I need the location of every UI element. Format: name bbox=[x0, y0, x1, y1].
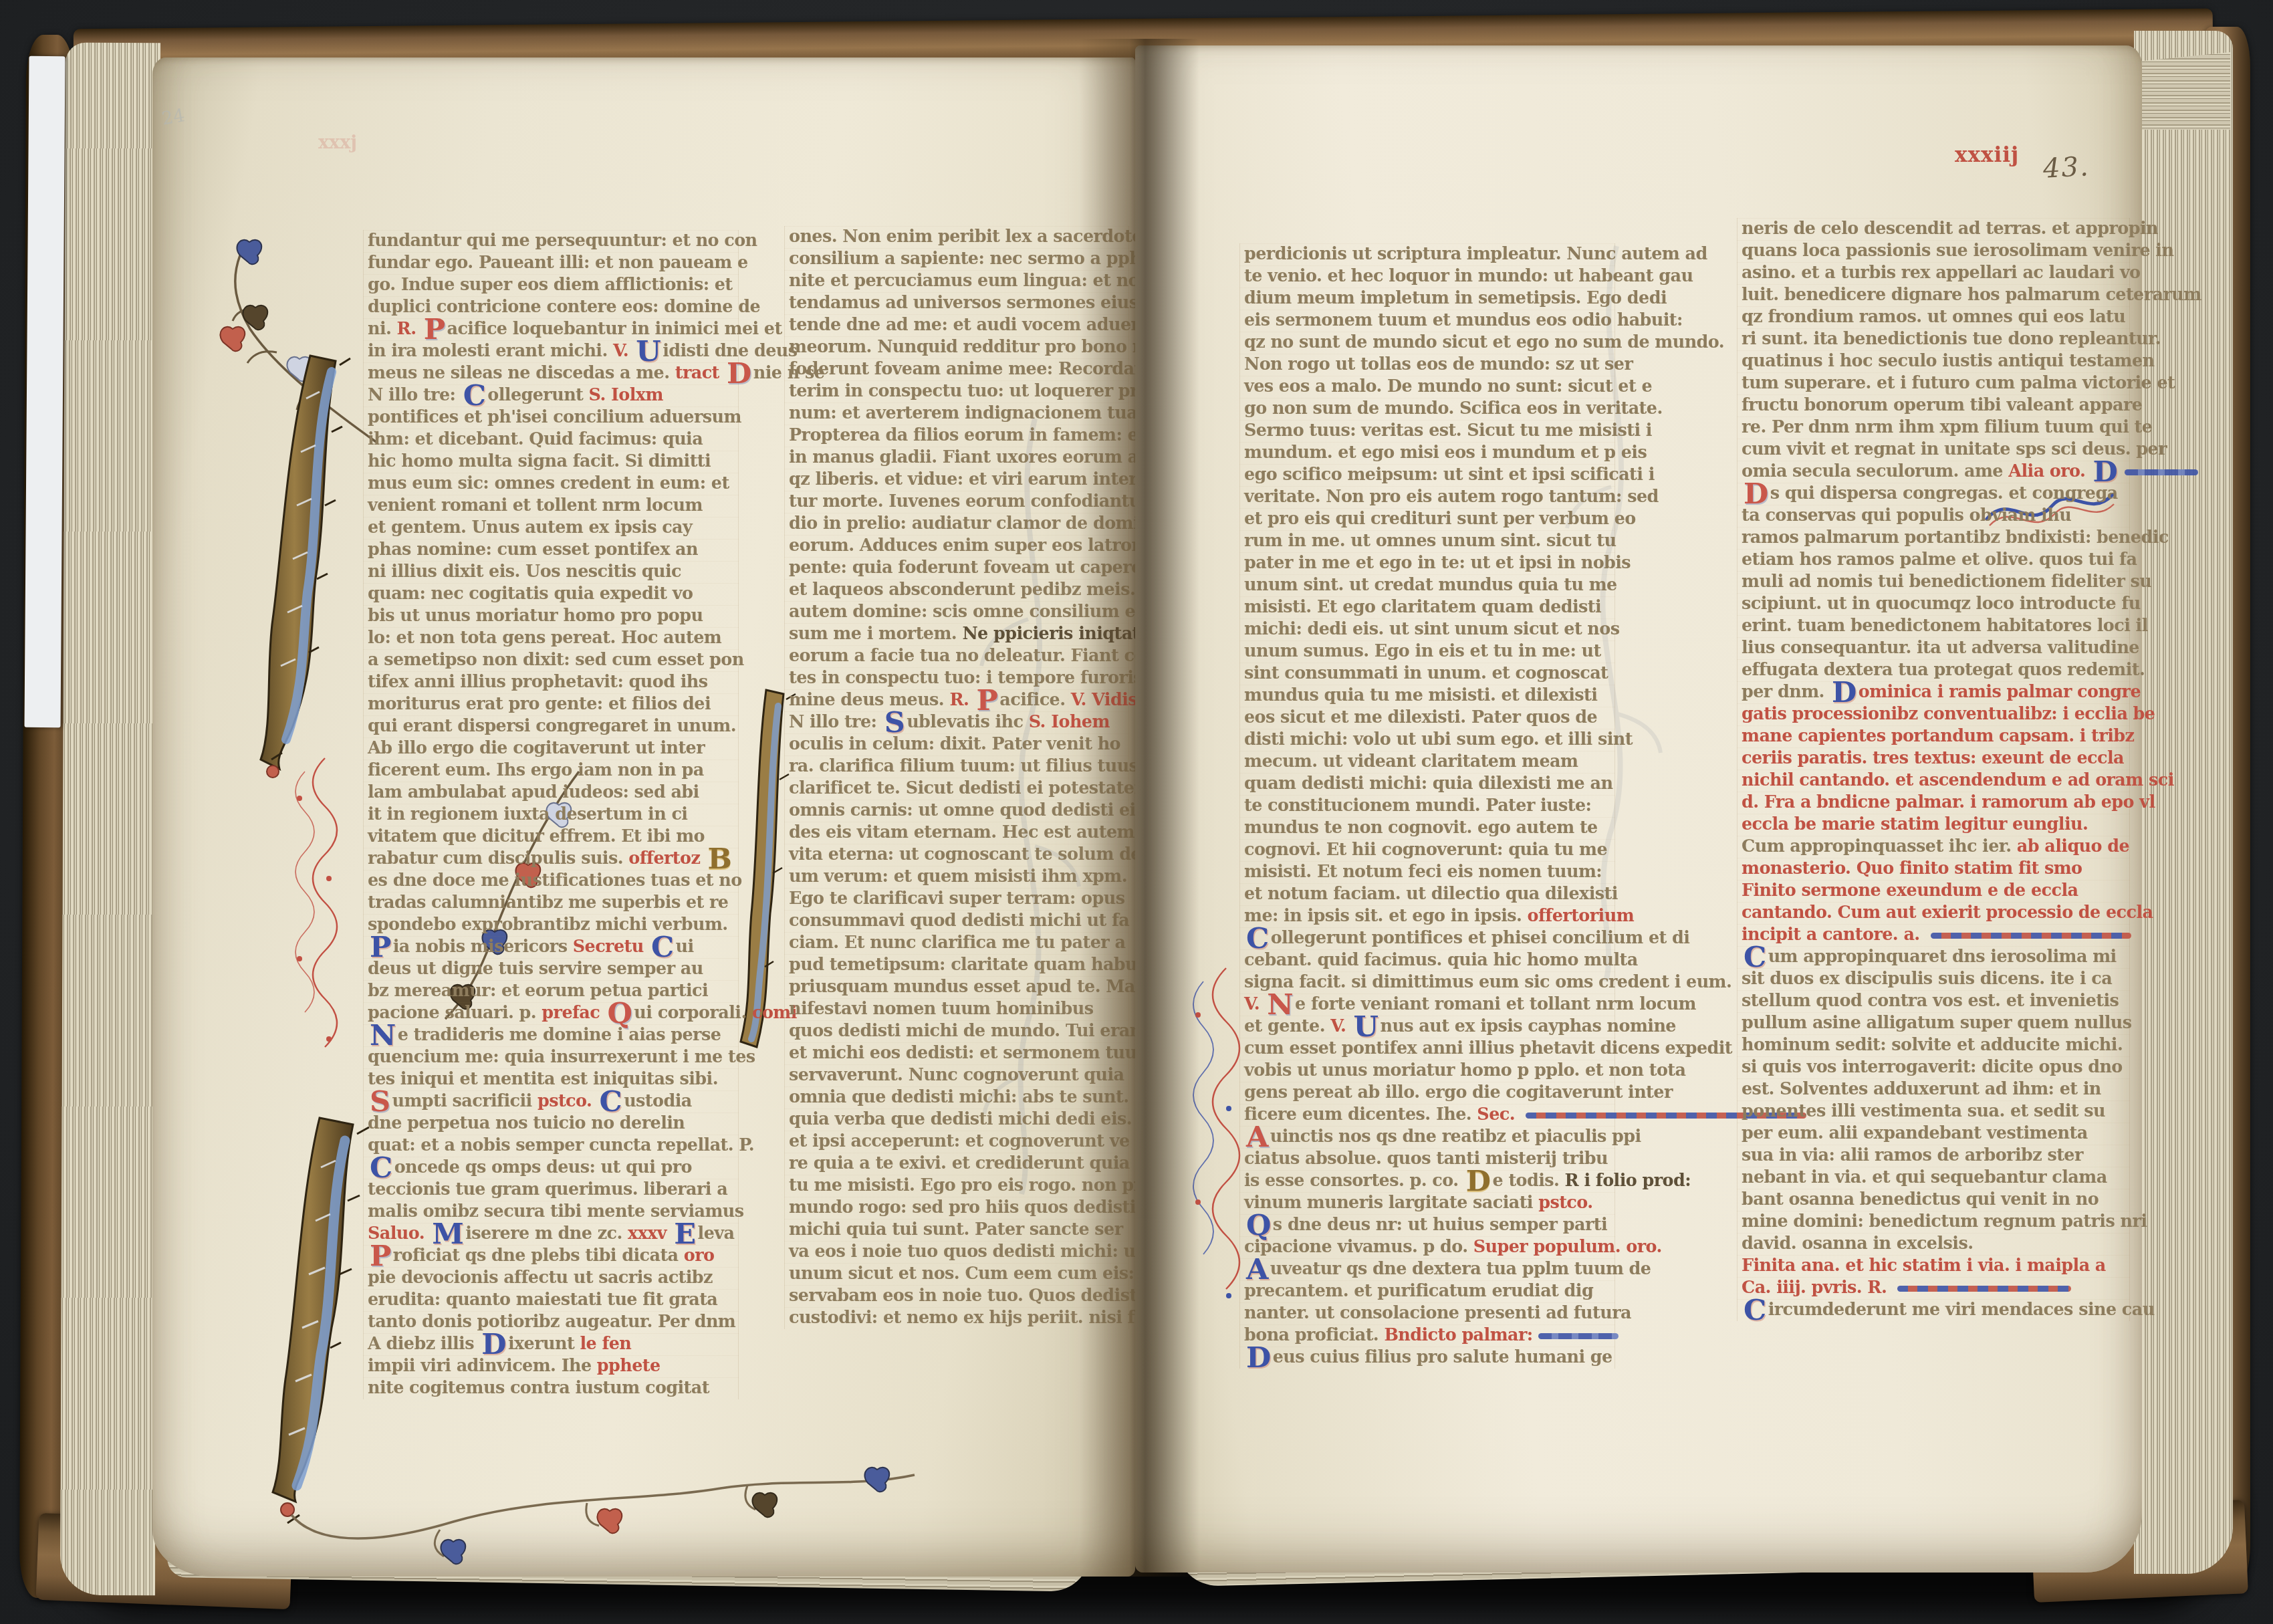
pencil-foliation: 24 bbox=[160, 105, 187, 129]
text-line: terim in conspectu tuo: ut loquerer pro … bbox=[789, 380, 1124, 402]
text-line: qz liberis. et vidue: et viri earum inte… bbox=[789, 469, 1124, 491]
text-line: pie devocionis affectu ut sacris actibz bbox=[368, 1267, 734, 1289]
text-line: consilium a sapiente: nec sermo a ppha. … bbox=[789, 248, 1124, 270]
text-line: in ira molesti erant michi. V. Uidisti d… bbox=[368, 340, 734, 362]
text-line: cum vivit et regnat in unitate sps sci d… bbox=[1742, 439, 2125, 461]
text-line: Sumpti sacrificii pstco. Custodia bbox=[368, 1090, 734, 1113]
text-line: Ego te clarificavi super terram: opus bbox=[789, 888, 1124, 910]
text-line: mus eum sic: omnes credent in eum: et bbox=[368, 473, 734, 495]
text-line: pud temetipsum: claritate quam habui bbox=[789, 954, 1124, 976]
text-line: cantando. Cum aut exierit processio de e… bbox=[1742, 902, 2125, 924]
text-line: priusquam mundus esset apud te. Ma bbox=[789, 976, 1124, 998]
text-line: omnis carnis: ut omne quod dedisti ei bbox=[789, 800, 1124, 822]
text-line: phas nomine: cum esset pontifex an bbox=[368, 539, 734, 561]
text-line: ciam. Et nunc clarifica me tu pater a bbox=[789, 932, 1124, 954]
text-line: Ab illo ergo die cogitaverunt ut inter bbox=[368, 737, 734, 760]
text-line: et laqueos absconderunt pedibz meis. Tu bbox=[789, 579, 1124, 601]
text-line: perdicionis ut scriptura impleatur. Nunc… bbox=[1244, 243, 1610, 265]
text-line: te venio. et hec loquor in mundo: ut hab… bbox=[1244, 265, 1610, 287]
text-line: meorum. Nunquid redditur pro bono malum.… bbox=[789, 336, 1124, 358]
page-stack-left bbox=[60, 43, 160, 1595]
text-line: quat: et a nobis semper cuncta repellat.… bbox=[368, 1135, 734, 1157]
text-line: es dne doce me iustificationes tuas et n… bbox=[368, 870, 734, 892]
text-line: cebant. quid facimus. quia hic homo mult… bbox=[1244, 949, 1610, 971]
text-line: ni. R. Pacifice loquebantur in inimici m… bbox=[368, 318, 734, 340]
text-line: Sermo tuus: veritas est. Sicut tu me mis… bbox=[1244, 420, 1610, 442]
text-line: qui erant dispersi congregaret in unum. bbox=[368, 715, 734, 737]
text-line: Finita ana. et hic statim i via. i maipl… bbox=[1742, 1255, 2125, 1277]
text-line: um verum: et quem misisti ihm xpm. bbox=[789, 866, 1124, 888]
text-line: hominum sedit: solvite et adducite michi… bbox=[1742, 1034, 2125, 1056]
text-line: nite et percuciamus eum lingua: et non a… bbox=[789, 270, 1124, 292]
text-column-left-b: ones. Non enim peribit lex a sacerdote: … bbox=[784, 226, 1129, 1329]
text-line: go. Indue super eos diem afflictionis: e… bbox=[368, 274, 734, 296]
text-line: moriturus erat pro gente: et filios dei bbox=[368, 693, 734, 715]
text-line: unum sumus. Ego in eis et tu in me: ut bbox=[1244, 641, 1610, 663]
text-line: quencium me: quia insurrexerunt i me tes bbox=[368, 1046, 734, 1068]
text-column-right-b: neris de celo descendit ad terras. et ap… bbox=[1737, 218, 2130, 1321]
text-line: disti michi: volo ut ubi sum ego. et ill… bbox=[1244, 729, 1610, 751]
text-line: gatis processionibz conventualibz: i ecc… bbox=[1742, 703, 2125, 725]
text-line: erudita: quanto maiestati tue fit grata bbox=[368, 1289, 734, 1311]
text-line: mine domini: benedictum regnum patris nr… bbox=[1742, 1211, 2125, 1233]
text-line: michi quia tui sunt. Pater sancte ser bbox=[789, 1219, 1124, 1241]
text-line: nanter. ut consolacione presenti ad futu… bbox=[1244, 1302, 1610, 1324]
text-line: Proficiat qs dne plebs tibi dicata oro bbox=[368, 1245, 734, 1267]
text-line: autem domine: scis omne consilium eor ad… bbox=[789, 601, 1124, 623]
text-line: ni illius dixit eis. Uos nescitis quic bbox=[368, 561, 734, 583]
text-line: neris de celo descendit ad terras. et ap… bbox=[1742, 218, 2125, 240]
text-line: precantem. et purificatum erudiat dig bbox=[1244, 1280, 1610, 1302]
text-line: Auveatur qs dne dextera tua pplm tuum de bbox=[1244, 1258, 1610, 1280]
text-line: stellum quod contra vos est. et inveniet… bbox=[1742, 990, 2125, 1012]
text-line: rabatur cum discipulis suis. offertoz B bbox=[368, 848, 734, 870]
text-line: Propterea da filios eorum in famem: et d… bbox=[789, 425, 1124, 447]
text-line: effugata dextera tua protegat quos redem… bbox=[1742, 659, 2125, 681]
text-line: venient romani et tollent nrm locum bbox=[368, 495, 734, 517]
text-line: d. Fra a bndicne palmar. i ramorum ab ep… bbox=[1742, 792, 2125, 814]
text-line: et michi eos dedisti: et sermonem tuum bbox=[789, 1042, 1124, 1064]
text-line: tanto donis potioribz augeatur. Per dnm bbox=[368, 1311, 734, 1333]
text-line: signa facit. si dimittimus eum sic oms c… bbox=[1244, 971, 1610, 994]
text-line: bona proficiat. Bndicto palmar: bbox=[1244, 1324, 1610, 1347]
penwork-cascade bbox=[265, 758, 358, 1079]
text-line: hic homo multa signa facit. Si dimitti bbox=[368, 451, 734, 473]
text-line: Ds qui dispersa congregas. et congrega bbox=[1742, 483, 2125, 505]
text-line: tradas calumniantibz me superbis et re bbox=[368, 892, 734, 914]
text-line: ihm: et dicebant. Quid facimus: quia bbox=[368, 429, 734, 451]
text-line: pacione saluari. p. prefac Qui corporali… bbox=[368, 1002, 734, 1024]
text-line: va eos i noie tuo quos dedisti michi: ut… bbox=[789, 1241, 1124, 1263]
text-line: qz frondium ramos. ut omnes qui eos latu bbox=[1742, 306, 2125, 328]
folio-number: 43. bbox=[2042, 151, 2090, 185]
text-line: eorum a facie tua no deleatur. Fiant cor… bbox=[789, 645, 1124, 667]
text-line: Non rogo ut tollas eos de mundo: sz ut s… bbox=[1244, 354, 1610, 376]
text-line: spondebo exprobrantibz michi verbum. bbox=[368, 914, 734, 936]
text-line: nebant in via. et qui sequebantur clama bbox=[1742, 1167, 2125, 1189]
text-line: ficerent eum. Ihs ergo iam non in pa bbox=[368, 760, 734, 782]
text-line: A diebz illis Dixerunt le fen bbox=[368, 1333, 734, 1355]
text-line: quam dedisti michi: quia dilexisti me an bbox=[1244, 773, 1610, 795]
text-column-right-a: perdicionis ut scriptura impleatur. Nunc… bbox=[1239, 243, 1615, 1369]
text-line: mecum. ut videant claritatem meam bbox=[1244, 751, 1610, 773]
text-line: vita eterna: ut cognoscant te solum de bbox=[789, 844, 1124, 866]
text-line: quia verba que dedisti michi dedi eis. bbox=[789, 1109, 1124, 1131]
text-line: consummavi quod dedisti michi ut fa bbox=[789, 910, 1124, 932]
text-line: lius consequantur. ita ut adversa valitu… bbox=[1742, 637, 2125, 659]
text-line: est. Solventes adduxerunt ad ihm: et in bbox=[1742, 1078, 2125, 1100]
text-line: pullum asine alligatum super quem nullus bbox=[1742, 1012, 2125, 1034]
text-line: cognovi. Et hii cognoverunt: quia tu me bbox=[1244, 839, 1610, 861]
text-line: fundantur qui me persequuntur: et no con bbox=[368, 230, 734, 252]
text-line: quatinus i hoc seculo iustis antiqui tes… bbox=[1742, 350, 2125, 372]
text-line: ves eos a malo. De mundo no sunt: sicut … bbox=[1244, 376, 1610, 398]
text-line: re. Per dnm nrm ihm xpm filium tuum qui … bbox=[1742, 417, 2125, 439]
text-line: foderunt foveam anime mee: Recordare qd … bbox=[789, 358, 1124, 380]
text-line: in manus gladii. Fiant uxores eorum abs bbox=[789, 447, 1124, 469]
text-line: sua in via: alii ramos de arboribz ster bbox=[1742, 1145, 2125, 1167]
text-line: tifex anni illius prophetavit: quod ihs bbox=[368, 671, 734, 693]
text-line: N illo tre: Collegerunt S. Iolxm bbox=[368, 384, 734, 407]
text-line: num: et averterem indignacionem tuam ab … bbox=[789, 402, 1124, 425]
text-line: dium meum impletum in semetipsis. Ego de… bbox=[1244, 287, 1610, 310]
text-line: oculis in celum: dixit. Pater venit ho bbox=[789, 733, 1124, 756]
text-line: nifestavi nomen tuum hominibus bbox=[789, 998, 1124, 1020]
text-line: tende dne ad me: et audi vocem aduersari… bbox=[789, 314, 1124, 336]
text-line: scipiunt. ut in quocumqz loco introducte… bbox=[1742, 593, 2125, 615]
text-line: ponentes illi vestimenta sua. et sedit s… bbox=[1742, 1100, 2125, 1123]
text-line: Saluo. Miserere m dne zc. xxxv Eleva bbox=[368, 1223, 734, 1245]
text-line: go non sum de mundo. Scifica eos in veri… bbox=[1244, 398, 1610, 420]
text-line: tum superare. et i futuro cum palma vict… bbox=[1742, 372, 2125, 394]
text-line: sit duos ex discipulis suis dicens. ite … bbox=[1742, 968, 2125, 990]
text-line: deus ut digne tuis servire semper au bbox=[368, 958, 734, 980]
text-line: unum sicut et nos. Cum eem cum eis: ego bbox=[789, 1263, 1124, 1285]
bleed-through-numeral: xxxj bbox=[318, 132, 357, 153]
text-line: Cum appropinquaret dns ierosolima mi bbox=[1742, 946, 2125, 968]
text-line: eccla be marie statim legitur eungliu. bbox=[1742, 814, 2125, 836]
text-line: ta conservas qui populis obviam ihu bbox=[1742, 505, 2125, 527]
illuminated-initial-I bbox=[246, 352, 373, 780]
text-line: ra. clarifica filium tuum: ut filius tuu… bbox=[789, 756, 1124, 778]
text-line: monasterio. Quo finito statim fit smo bbox=[1742, 858, 2125, 880]
text-line: re quia a te exivi. et crediderunt quia bbox=[789, 1153, 1124, 1175]
text-line: david. osanna in excelsis. bbox=[1742, 1233, 2125, 1255]
text-line: Qs dne deus nr: ut huius semper parti bbox=[1244, 1214, 1610, 1236]
text-column-left-a: fundantur qui me persequuntur: et no con… bbox=[363, 230, 739, 1399]
text-line: vitatem que dicitur effrem. Et ibi mo bbox=[368, 826, 734, 848]
text-line: misisti. Et notum feci eis nomen tuum: bbox=[1244, 861, 1610, 883]
text-line: servaverunt. Nunc cognoverunt quia bbox=[789, 1064, 1124, 1086]
text-line: servabam eos in noie tuo. Quos dedisti m… bbox=[789, 1285, 1124, 1307]
text-line: ego scifico meipsum: ut sint et ipsi sci… bbox=[1244, 464, 1610, 486]
text-line: Collegerunt pontifices et phisei concili… bbox=[1244, 927, 1610, 949]
text-line: des eis vitam eternam. Hec est autem bbox=[789, 822, 1124, 844]
text-line: quans loca passionis sue ierosolimam ven… bbox=[1742, 240, 2125, 262]
text-line: etiam hos ramos palme et olive. quos tui… bbox=[1742, 549, 2125, 571]
text-line: cipacione vivamus. p do. Super populum. … bbox=[1244, 1236, 1610, 1258]
text-line: teccionis tue gram querimus. liberari a bbox=[368, 1179, 734, 1201]
text-line: Finito sermone exeundum e de eccla bbox=[1742, 880, 2125, 902]
bookmark-strip bbox=[24, 56, 65, 727]
text-line: tendamus ad universos sermones eius. At bbox=[789, 292, 1124, 314]
text-line: si quis vos interrogaverit: dicite opus … bbox=[1742, 1056, 2125, 1078]
text-line: pontifices et ph'isei concilium aduersum bbox=[368, 407, 734, 429]
text-line: vobis ut unus moriatur homo p pplo. et n… bbox=[1244, 1060, 1610, 1082]
text-line: michi: dedi eis. ut sint unum sicut et n… bbox=[1244, 618, 1610, 641]
text-line: quos dedisti michi de mundo. Tui erant bbox=[789, 1020, 1124, 1042]
text-line: misisti. Et ego claritatem quam dedisti bbox=[1244, 596, 1610, 618]
text-line: dio in prelio: audiatur clamor de domibu… bbox=[789, 513, 1124, 535]
text-line: muli ad nomis tui benedictionem fidelite… bbox=[1742, 571, 2125, 593]
text-line: clarificet te. Sicut dedisti ei potestat… bbox=[789, 778, 1124, 800]
text-line: mundus te non cognovit. ego autem te bbox=[1244, 817, 1610, 839]
text-line: Ne tradideris me domine i aias perse bbox=[368, 1024, 734, 1046]
text-line: Ca. iiij. pvris. R. bbox=[1742, 1277, 2125, 1299]
text-line: rum in me. ut omnes unum sint. sicut tu bbox=[1244, 530, 1610, 552]
text-line: dne perpetua nos tuicio no derelin bbox=[368, 1113, 734, 1135]
manuscript-photo: 24 xxxj bbox=[0, 0, 2273, 1624]
text-line: et gente. V. Unus aut ex ipsis cayphas n… bbox=[1244, 1016, 1610, 1038]
text-line: fructu bonorum operum tibi valeant appar… bbox=[1742, 394, 2125, 417]
text-line: custodivi: et nemo ex hijs periit. nisi … bbox=[789, 1307, 1124, 1329]
text-line: per dnm. Dominica i ramis palmar congre bbox=[1742, 681, 2125, 703]
text-line: ri sunt. ita benedictionis tue dono repl… bbox=[1742, 328, 2125, 350]
text-line: Deus cuius filius pro salute humani ge bbox=[1244, 1347, 1610, 1369]
text-line: tu me misisti. Ego pro eis rogo. non pro bbox=[789, 1175, 1124, 1197]
text-line: bant osanna benedictus qui venit in no bbox=[1742, 1189, 2125, 1211]
text-line: luit. benedicere dignare hos palmarum ce… bbox=[1742, 284, 2125, 306]
text-line: nichil cantando. et ascendendum e ad ora… bbox=[1742, 770, 2125, 792]
text-line: Cum appropinquasset ihc ier. ab aliquo d… bbox=[1742, 836, 2125, 858]
text-line: me: in ipsis sit. et ego in ipsis. offer… bbox=[1244, 905, 1610, 927]
text-line: pente: quia foderunt foveam ut caperent … bbox=[789, 557, 1124, 579]
text-line: bz mereamur: et eorum petua partici bbox=[368, 980, 734, 1002]
text-line: ramos palmarum portantibz bndixisti: ben… bbox=[1742, 527, 2125, 549]
text-line: pater in me et ego in te: ut et ipsi in … bbox=[1244, 552, 1610, 574]
text-line: eos sicut et me dilexisti. Pater quos de bbox=[1244, 707, 1610, 729]
text-line: et notum faciam. ut dilectio qua dilexis… bbox=[1244, 883, 1610, 905]
text-line: is esse consortes. p. co. De todis. R i … bbox=[1244, 1170, 1610, 1192]
text-line: sum me i mortem. Ne ppicieris iniqtati e… bbox=[789, 623, 1124, 645]
text-line: omnia que dedisti michi: abs te sunt. bbox=[789, 1086, 1124, 1109]
text-line: ceriis paratis. tres textus: exeunt de e… bbox=[1742, 747, 2125, 770]
text-line: qz no sunt de mundo sicut et ego no sum … bbox=[1244, 332, 1610, 354]
text-line: ones. Non enim peribit lex a sacerdote: … bbox=[789, 226, 1124, 248]
text-line: V. Ne forte veniant romani et tollant nr… bbox=[1244, 994, 1610, 1016]
page-verso: 24 xxxj bbox=[152, 57, 1135, 1577]
text-line: ciatus absolue. quos tanti misterij trib… bbox=[1244, 1148, 1610, 1170]
text-line: cum esset pontifex anni illius phetavit … bbox=[1244, 1038, 1610, 1060]
text-line: mundum. et ego misi eos i mundum et p ei… bbox=[1244, 442, 1610, 464]
text-line: erint. tuam benedictonem habitatores loc… bbox=[1742, 615, 2125, 637]
text-line: Pia nobis misericors Secretu Cui bbox=[368, 936, 734, 958]
text-line: et ipsi acceperunt: et cognoverunt ve bbox=[789, 1131, 1124, 1153]
text-line: tes in conspectu tuo: i tempore furoris … bbox=[789, 667, 1124, 689]
text-line: lo: et non tota gens pereat. Hoc autem bbox=[368, 627, 734, 649]
text-line: et pro eis qui credituri sunt per verbum… bbox=[1244, 508, 1610, 530]
text-line: tes iniqui et mentita est iniquitas sibi… bbox=[368, 1068, 734, 1090]
text-line: quam: nec cogitatis quia expedit vo bbox=[368, 583, 734, 605]
text-line: incipit a cantore. a. bbox=[1742, 924, 2125, 946]
text-line: nite cogitemus contra iustum cogitat bbox=[368, 1377, 734, 1399]
quire-numeral: xxxiij bbox=[1955, 143, 2019, 167]
text-line: Circumdederunt me viri mendaces sine cau bbox=[1742, 1299, 2125, 1321]
text-line: gens pereat ab illo. ergo die cogitaveru… bbox=[1244, 1082, 1610, 1104]
text-line: vinum muneris largitate saciati pstco. bbox=[1244, 1192, 1610, 1214]
text-line: N illo tre: Sublevatis ihc S. Iohem bbox=[789, 711, 1124, 733]
gutter-shadow bbox=[1079, 39, 1199, 1577]
text-line: veritate. Non pro eis autem rogo tantum:… bbox=[1244, 486, 1610, 508]
text-line: ficere eum dicentes. Ihe. Sec. bbox=[1244, 1104, 1610, 1126]
text-line: tur morte. Iuvenes eorum confodiantur gl… bbox=[789, 491, 1124, 513]
text-line: eis sermonem tuum et mundus eos odio hab… bbox=[1244, 310, 1610, 332]
text-line: it in regionem iuxta desertum in ci bbox=[368, 804, 734, 826]
text-line: Concede qs omps deus: ut qui pro bbox=[368, 1157, 734, 1179]
text-line: mane capientes portandum capsam. i tribz bbox=[1742, 725, 2125, 747]
text-line: mundus quia tu me misisti. et dilexisti bbox=[1244, 685, 1610, 707]
text-line: et gentem. Unus autem ex ipsis cay bbox=[368, 517, 734, 539]
text-line: a semetipso non dixit: sed cum esset pon bbox=[368, 649, 734, 671]
text-line: omia secula seculorum. ame Alia oro. D bbox=[1742, 461, 2125, 483]
text-line: impii viri adinvicem. Ihe pphete bbox=[368, 1355, 734, 1377]
text-line: te constitucionem mundi. Pater iuste: bbox=[1244, 795, 1610, 817]
text-line: unum sint. ut credat mundus quia tu me bbox=[1244, 574, 1610, 596]
text-line: sint consummati in unum. et cognoscat bbox=[1244, 663, 1610, 685]
text-line: fundar ego. Paueant illi: et non paueam … bbox=[368, 252, 734, 274]
text-line: lam ambulabat apud iudeos: sed abi bbox=[368, 782, 734, 804]
text-line: eorum. Adduces enim super eos latronem r… bbox=[789, 535, 1124, 557]
text-line: bis ut unus moriatur homo pro popu bbox=[368, 605, 734, 627]
text-line: mine deus meus. R. Pacifice. V. Vidisti … bbox=[789, 689, 1124, 711]
text-line: mundo rogo: sed pro hiis quos dedisti bbox=[789, 1197, 1124, 1219]
text-line: Auinctis nos qs dne reatibz et piaculis … bbox=[1244, 1126, 1610, 1148]
text-line: per eum. alii expandebant vestimenta bbox=[1742, 1123, 2125, 1145]
text-line: asino. et a turbis rex appellari ac laud… bbox=[1742, 262, 2125, 284]
text-line: meus ne sileas ne discedas a me. tract D… bbox=[368, 362, 734, 384]
page-recto: xxxiij 43. perdicionis ut scriptura impl… bbox=[1135, 45, 2142, 1573]
